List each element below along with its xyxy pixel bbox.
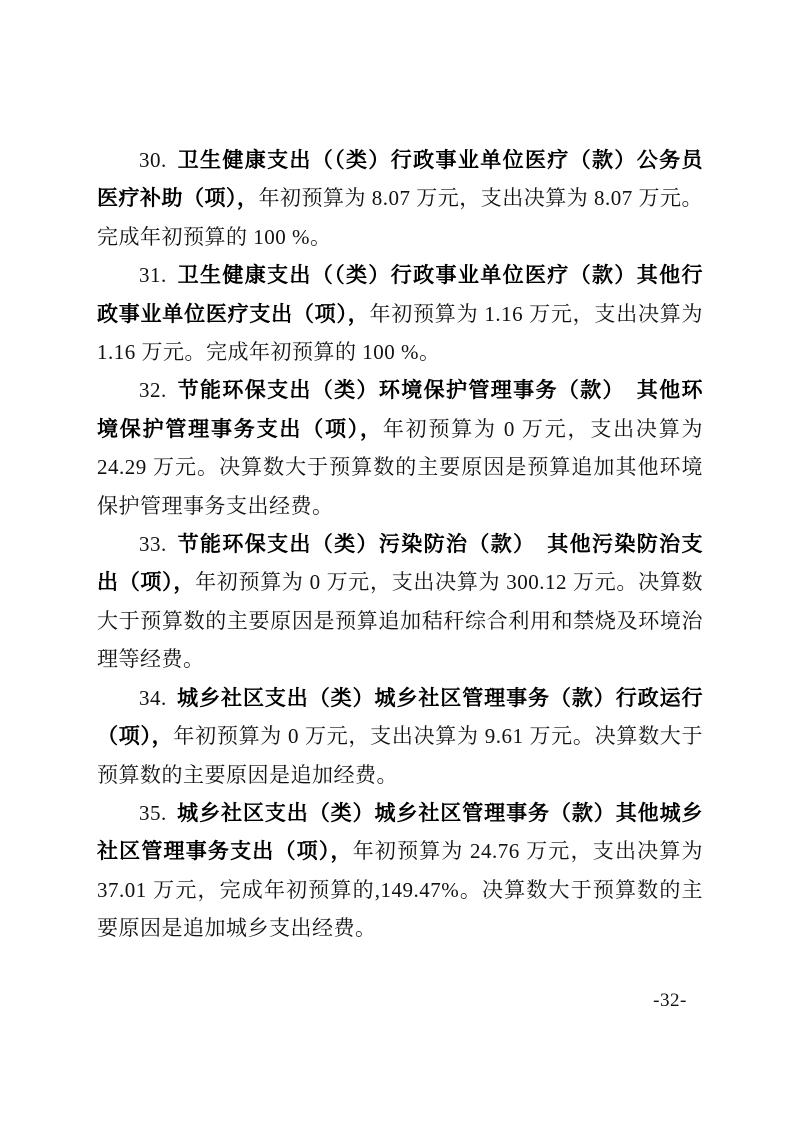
- paragraph-number: 32.: [139, 378, 167, 402]
- paragraph-number: 35.: [139, 801, 167, 825]
- page-number: -32-: [640, 990, 700, 1012]
- paragraph-number: 34.: [139, 686, 167, 710]
- paragraph-item-34: 34.城乡社区支出（类）城乡社区管理事务（款）行政运行（项），年初预算为 0 万…: [97, 679, 703, 794]
- paragraph-item-31: 31.卫生健康支出（（类）行政事业单位医疗（款）其他行政事业单位医疗支出（项），…: [97, 256, 703, 371]
- paragraph-item-35: 35.城乡社区支出（类）城乡社区管理事务（款）其他城乡社区管理事务支出（项），年…: [97, 794, 703, 948]
- paragraph-body: 年初预算为 0 万元，支出决算为 9.61 万元。决算数大于预算数的主要原因是追…: [97, 724, 703, 786]
- document-content: 30.卫生健康支出（（类）行政事业单位医疗（款）公务员医疗补助（项），年初预算为…: [97, 141, 703, 948]
- paragraph-item-30: 30.卫生健康支出（（类）行政事业单位医疗（款）公务员医疗补助（项），年初预算为…: [97, 141, 703, 256]
- paragraph-item-32: 32.节能环保支出（类）环境保护管理事务（款） 其他环境保护管理事务支出（项），…: [97, 371, 703, 525]
- paragraph-item-33: 33.节能环保支出（类）污染防治（款） 其他污染防治支出（项），年初预算为 0 …: [97, 525, 703, 679]
- paragraph-number: 31.: [139, 263, 167, 287]
- paragraph-number: 33.: [139, 532, 167, 556]
- paragraph-number: 30.: [139, 148, 167, 172]
- document-page: 30.卫生健康支出（（类）行政事业单位医疗（款）公务员医疗补助（项），年初预算为…: [0, 0, 793, 1122]
